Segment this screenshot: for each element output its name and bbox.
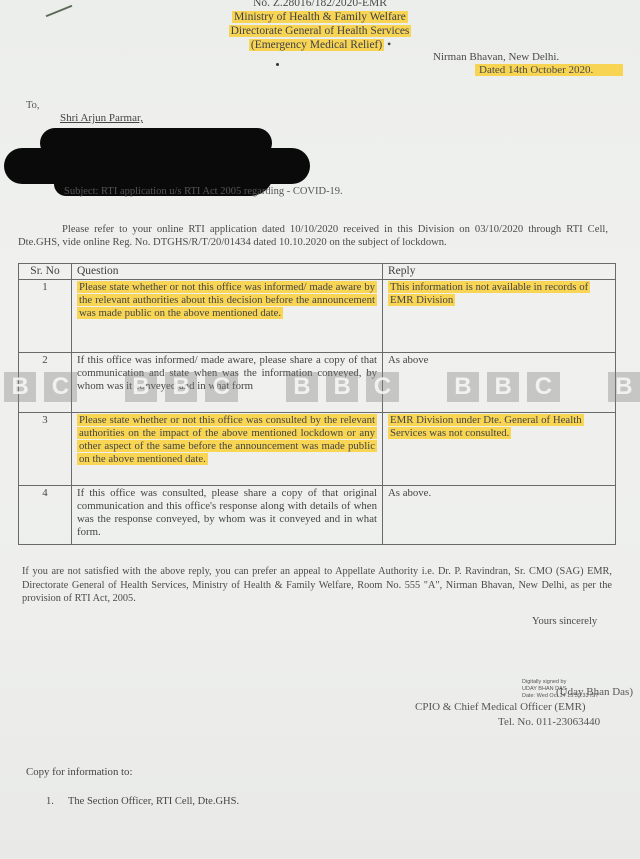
col-header-sr-no: Sr. No (19, 264, 72, 280)
signatory-telephone: Tel. No. 011-23063440 (498, 716, 600, 728)
ministry-name: Ministry of Health & Family Welfare (232, 11, 408, 23)
intro-paragraph: Please refer to your online RTI applicat… (18, 223, 608, 249)
table-row: 1 Please state whether or not this offic… (19, 280, 616, 353)
division-name: (Emergency Medical Relief) (249, 39, 384, 51)
row-question: If this office was informed/ made aware,… (72, 353, 383, 413)
table-row: 3 Please state whether or not this offic… (19, 413, 616, 486)
recipient-name: Shri Arjun Parmar, (60, 112, 143, 124)
reference-number: No. Z.28016/182/2020-EMR (200, 0, 440, 10)
reply-text: This information is not available in rec… (388, 281, 590, 306)
row-sr-no: 4 (19, 486, 72, 545)
closing: Yours sincerely (532, 616, 597, 627)
digital-signature-line: Digitally signed by (522, 679, 599, 686)
row-reply: EMR Division under Dte. General of Healt… (383, 413, 616, 486)
table-header-row: Sr. No Question Reply (19, 264, 616, 280)
row-sr-no: 2 (19, 353, 72, 413)
place: Nirman Bhavan, New Delhi. (433, 51, 559, 63)
row-sr-no: 3 (19, 413, 72, 486)
letter-date: Dated 14th October 2020. (475, 64, 623, 76)
question-text: Please state whether or not this office … (77, 281, 377, 319)
pen-mark (46, 5, 73, 17)
row-question: Please state whether or not this office … (72, 280, 383, 353)
speck (276, 63, 279, 66)
row-reply: As above (383, 353, 616, 413)
copy-list-item: 1.The Section Officer, RTI Cell, Dte.GHS… (46, 796, 239, 807)
row-reply: As above. (383, 486, 616, 545)
row-reply: This information is not available in rec… (383, 280, 616, 353)
question-text: Please state whether or not this office … (77, 414, 377, 465)
rti-qa-table: Sr. No Question Reply 1 Please state whe… (18, 263, 616, 545)
letter-header: No. Z.28016/182/2020-EMR Ministry of Hea… (200, 0, 440, 52)
table-row: 2 If this office was informed/ made awar… (19, 353, 616, 413)
intro-text: Please refer to your online RTI applicat… (18, 224, 608, 248)
col-header-reply: Reply (383, 264, 616, 280)
to-label: To, (26, 100, 40, 111)
signatory-name: (Uday Bhan Das) (556, 686, 633, 698)
row-sr-no: 1 (19, 280, 72, 353)
copy-label: Copy for information to: (26, 766, 132, 778)
subject-line: Subject: RTI application u/s RTI Act 200… (64, 186, 343, 197)
reply-text: EMR Division under Dte. General of Healt… (388, 414, 584, 439)
directorate-name: Directorate General of Health Services (229, 25, 412, 37)
col-header-question: Question (72, 264, 383, 280)
table-row: 4 If this office was consulted, please s… (19, 486, 616, 545)
copy-item-number: 1. (46, 796, 68, 807)
appeal-paragraph: If you are not satisfied with the above … (22, 565, 612, 606)
row-question: Please state whether or not this office … (72, 413, 383, 486)
copy-item-text: The Section Officer, RTI Cell, Dte.GHS. (68, 796, 239, 807)
row-question: If this office was consulted, please sha… (72, 486, 383, 545)
signatory-title: CPIO & Chief Medical Officer (EMR) (415, 701, 586, 713)
